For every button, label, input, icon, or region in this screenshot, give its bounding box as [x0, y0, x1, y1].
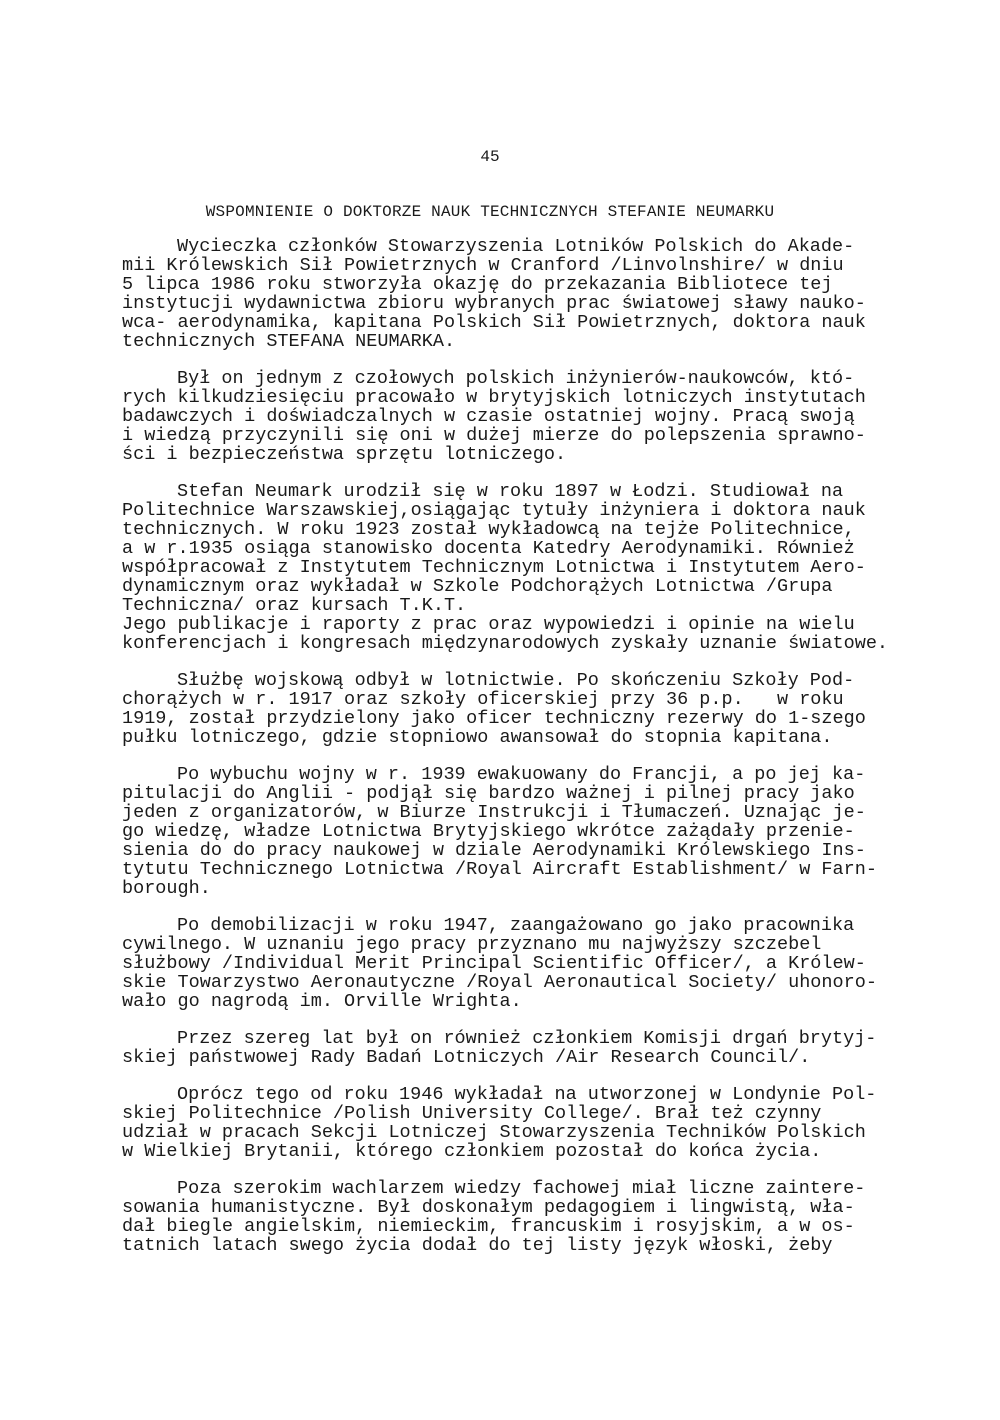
text-line: współpracował z Instytutem Technicznym L… — [122, 558, 922, 577]
text-line: mii Królewskich Sił Powietrznych w Cranf… — [122, 256, 922, 275]
document-title: WSPOMNIENIE O DOKTORZE NAUK TECHNICZNYCH… — [0, 203, 980, 222]
text-line: chorążych w r. 1917 oraz szkoły oficersk… — [122, 690, 922, 709]
text-line: 5 lipca 1986 roku stworzyła okazję do pr… — [122, 275, 922, 294]
paragraph: Stefan Neumark urodził się w roku 1897 w… — [122, 482, 922, 653]
text-line: sowania humanistyczne. Był doskonałym pe… — [122, 1198, 922, 1217]
text-line: jeden z organizatorów, w Biurze Instrukc… — [122, 803, 922, 822]
text-line: udział w pracach Sekcji Lotniczej Stowar… — [122, 1123, 922, 1142]
text-line: rych kilkudziesięciu pracowało w brytyjs… — [122, 388, 922, 407]
text-line: technicznych. W roku 1923 został wykłado… — [122, 520, 922, 539]
text-line: dał biegle angielskim, niemieckim, franc… — [122, 1217, 922, 1236]
text-line: służbowy /Individual Merit Principal Sci… — [122, 954, 922, 973]
paragraph: Poza szerokim wachlarzem wiedzy fachowej… — [122, 1179, 922, 1255]
text-line: Po demobilizacji w roku 1947, zaangażowa… — [122, 916, 922, 935]
text-line: Wycieczka członków Stowarzyszenia Lotnik… — [122, 237, 922, 256]
paragraph: Po demobilizacji w roku 1947, zaangażowa… — [122, 916, 922, 1011]
text-line: w Wielkiej Brytanii, którego członkiem p… — [122, 1142, 922, 1161]
text-line: dynamicznym oraz wykładał w Szkole Podch… — [122, 577, 922, 596]
paragraph: Służbę wojskową odbył w lotnictwie. Po s… — [122, 671, 922, 747]
text-line: pułku lotniczego, gdzie stopniowo awanso… — [122, 728, 922, 747]
text-line: Techniczna/ oraz kursach T.K.T. — [122, 596, 922, 615]
text-line: konferencjach i kongresach międzynarodow… — [122, 634, 922, 653]
text-line: cywilnego. W uznaniu jego pracy przyznan… — [122, 935, 922, 954]
document-body: Wycieczka członków Stowarzyszenia Lotnik… — [122, 237, 922, 1273]
text-line: ści i bezpieczeństwa sprzętu lotniczego. — [122, 445, 922, 464]
text-line: wca- aerodynamika, kapitana Polskich Sił… — [122, 313, 922, 332]
text-line: Przez szereg lat był on również członkie… — [122, 1029, 922, 1048]
text-line: Był on jednym z czołowych polskich inżyn… — [122, 369, 922, 388]
text-line: badawczych i doświadczalnych w czasie os… — [122, 407, 922, 426]
text-line: pitulacji do Anglii - podjął się bardzo … — [122, 784, 922, 803]
page-number: 45 — [0, 148, 980, 167]
paragraph: Wycieczka członków Stowarzyszenia Lotnik… — [122, 237, 922, 351]
text-line: technicznych STEFANA NEUMARKA. — [122, 332, 922, 351]
text-line: skiej Politechnice /Polish University Co… — [122, 1104, 922, 1123]
text-line: Poza szerokim wachlarzem wiedzy fachowej… — [122, 1179, 922, 1198]
paragraph: Oprócz tego od roku 1946 wykładał na utw… — [122, 1085, 922, 1161]
text-line: wało go nagrodą im. Orville Wrighta. — [122, 992, 922, 1011]
text-line: instytucji wydawnictwa zbioru wybranych … — [122, 294, 922, 313]
text-line: tytutu Technicznego Lotnictwa /Royal Air… — [122, 860, 922, 879]
text-line: skie Towarzystwo Aeronautyczne /Royal Ae… — [122, 973, 922, 992]
text-line: a w r.1935 osiąga stanowisko docenta Kat… — [122, 539, 922, 558]
text-line: skiej państwowej Rady Badań Lotniczych /… — [122, 1048, 922, 1067]
text-line: i wiedzą przyczynili się oni w dużej mie… — [122, 426, 922, 445]
text-line: Jego publikacje i raporty z prac oraz wy… — [122, 615, 922, 634]
document-page: 45 WSPOMNIENIE O DOKTORZE NAUK TECHNICZN… — [0, 0, 1000, 1420]
paragraph: Był on jednym z czołowych polskich inżyn… — [122, 369, 922, 464]
text-line: Służbę wojskową odbył w lotnictwie. Po s… — [122, 671, 922, 690]
text-line: Oprócz tego od roku 1946 wykładał na utw… — [122, 1085, 922, 1104]
text-line: Politechnice Warszawskiej,osiągając tytu… — [122, 501, 922, 520]
text-line: tatnich latach swego życia dodał do tej … — [122, 1236, 922, 1255]
paragraph: Przez szereg lat był on również członkie… — [122, 1029, 922, 1067]
text-line: go wiedzę, władze Lotnictwa Brytyjskiego… — [122, 822, 922, 841]
text-line: borough. — [122, 879, 922, 898]
text-line: Stefan Neumark urodził się w roku 1897 w… — [122, 482, 922, 501]
paragraph: Po wybuchu wojny w r. 1939 ewakuowany do… — [122, 765, 922, 898]
text-line: Po wybuchu wojny w r. 1939 ewakuowany do… — [122, 765, 922, 784]
text-line: 1919, został przydzielony jako oficer te… — [122, 709, 922, 728]
text-line: sienia do do pracy naukowej w dziale Aer… — [122, 841, 922, 860]
